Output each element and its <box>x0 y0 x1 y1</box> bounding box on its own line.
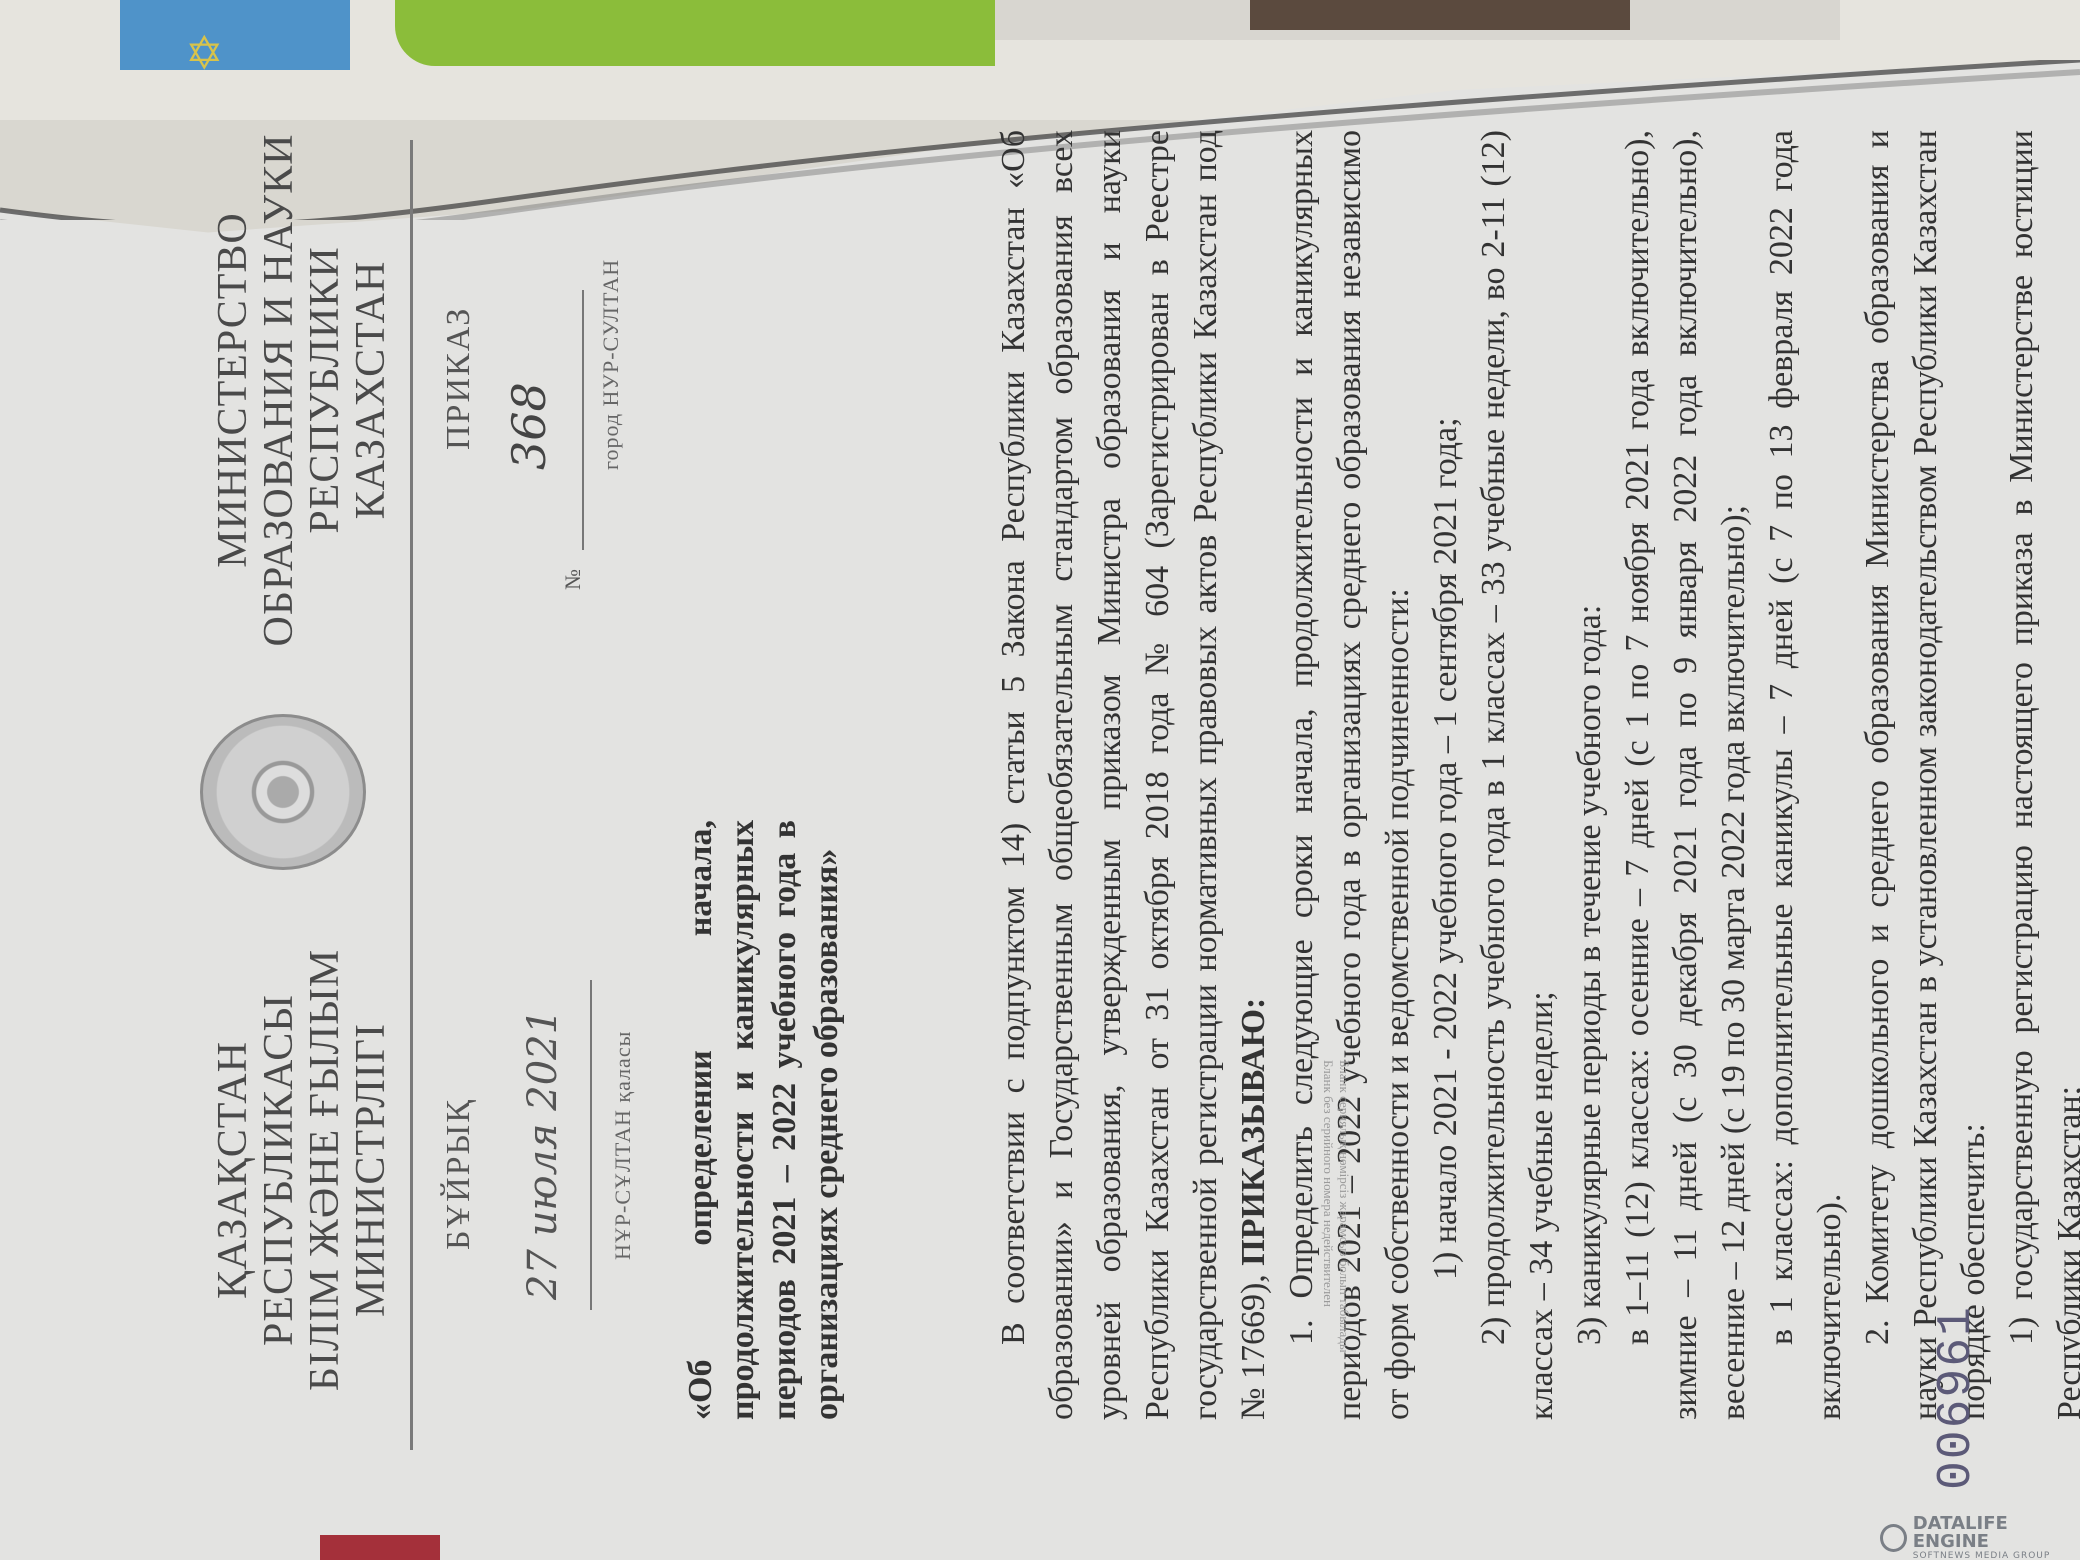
background-folder-blue <box>120 0 350 70</box>
datalife-logo-icon <box>1880 1524 1907 1552</box>
ministry-name-ru: МИНИСТЕРСТВО ОБРАЗОВАНИЯ И НАУКИ РЕСПУБЛ… <box>210 110 394 670</box>
clause-1-3-a: в 1–11 (12) классах: осенние – 7 дней (с… <box>1614 130 1758 1420</box>
clause-2-1: 1) государственную регистрацию настоящег… <box>1998 130 2080 1420</box>
background-folder-green <box>395 0 995 66</box>
background-object <box>1250 0 1630 30</box>
number-label: № <box>560 569 586 590</box>
clause-1-3: 3) каникулярные периоды в течение учебно… <box>1566 130 1614 1420</box>
clause-1-2: 2) продолжительность учебного года в 1 к… <box>1470 130 1566 1420</box>
letterhead: ҚАЗАҚСТАН РЕСПУБЛИКАСЫ БІЛІМ ЖӘНЕ ҒЫЛЫМ … <box>110 110 530 1490</box>
clause-2: 2. Комитету дошкольного и среднего образ… <box>1854 130 1998 1420</box>
star-ornament-icon: ✡ <box>185 30 224 76</box>
blank-serial-number: 006961 <box>1930 1305 1984 1490</box>
site-watermark: DATALIFE ENGINE SOFTNEWS MEDIA GROUP <box>1880 1515 2080 1560</box>
ministry-name-kz: ҚАЗАҚСТАН РЕСПУБЛИКАСЫ БІЛІМ ЖӘНЕ ҒЫЛЫМ … <box>210 890 394 1450</box>
doc-type-kz: БҰЙРЫҚ <box>440 1098 478 1250</box>
order-body: В соответствии с подпунктом 14) статьи 5… <box>990 130 2080 1420</box>
city-ru: город НУР-СУЛТАН <box>598 259 624 470</box>
clause-1-1: 1) начало 2021 - 2022 учебного года – 1 … <box>1422 130 1470 1420</box>
handwritten-date: 27 июля 2021 <box>520 1009 566 1300</box>
header-divider <box>410 140 413 1450</box>
order-keyword: ПРИКАЗЫВАЮ: <box>1235 998 1272 1266</box>
doc-type-ru: ПРИКАЗ <box>440 307 478 450</box>
handwritten-number: 368 <box>502 382 556 470</box>
state-emblem-icon <box>200 714 366 870</box>
order-subject: «Об определении начала, продолжительност… <box>680 820 848 1420</box>
background-red-object <box>320 1535 440 1560</box>
order-document: ҚАЗАҚСТАН РЕСПУБЛИКАСЫ БІЛІМ ЖӘНЕ ҒЫЛЫМ … <box>110 110 2040 1490</box>
blank-fine-print: Бланк сериялық нөмірсіз жарамсыз болып т… <box>1320 1060 1352 1480</box>
clause-1-3-b: в 1 классах: дополнительные каникулы – 7… <box>1758 130 1854 1420</box>
city-kz: НҰР-СҰЛТАН қаласы <box>610 1031 636 1260</box>
preamble: В соответствии с подпунктом 14) статьи 5… <box>990 130 1278 1420</box>
